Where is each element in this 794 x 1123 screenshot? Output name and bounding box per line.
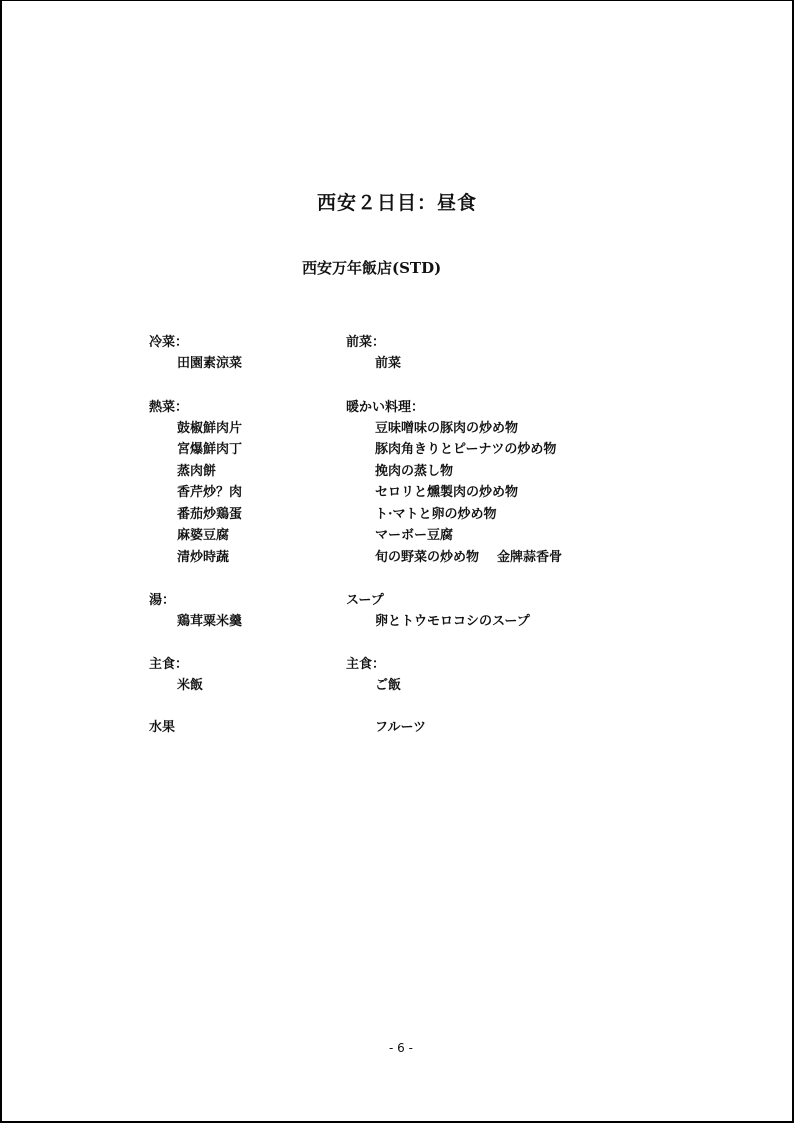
section-soup: スープ 卵とトウモロコシのスープ <box>346 590 562 633</box>
chinese-menu-column: 冷菜： 田園素涼菜 熱菜： 鼓椒鮮肉片 宮爆鮮肉丁 蒸肉餅 香芹炒？肉 番茄炒鶏… <box>149 332 242 738</box>
menu-item: 番茄炒鶏蛋 <box>149 504 242 526</box>
page-title-text: 西安２日目：昼食 <box>317 188 477 215</box>
section-heading: 冷菜： <box>149 332 242 353</box>
menu-item: セロリと燻製肉の炒め物 <box>346 482 562 504</box>
page-title: 西安２日目：昼食 <box>0 188 794 215</box>
restaurant-name: 西安万年飯店(STD) <box>302 257 441 278</box>
section-warm-dishes: 暖かい料理： 豆味噌味の豚肉の炒め物 豚肉角きりとピーナツの炒め物 挽肉の蒸し物… <box>346 397 562 569</box>
menu-item: 田園素涼菜 <box>149 353 242 375</box>
menu-item-extra: 金牌蒜香骨 <box>497 547 562 569</box>
menu-item: ト·マトと卵の炒め物 <box>346 504 562 526</box>
menu-item: 前菜 <box>346 353 562 375</box>
menu-item: 卵とトウモロコシのスープ <box>346 611 562 633</box>
section-fruit: フルーツ <box>346 717 562 738</box>
section-staple: 主食： 米飯 <box>149 654 242 697</box>
section-heading: フルーツ <box>346 717 562 738</box>
section-heading: 湯： <box>149 590 242 611</box>
page-number: - 6 - <box>0 1041 794 1055</box>
section-staple: 主食： ご飯 <box>346 654 562 697</box>
section-heading: 前菜： <box>346 332 562 353</box>
menu-item: 鶏茸粟米羹 <box>149 611 242 633</box>
section-heading: スープ <box>346 590 562 611</box>
menu-item: ご飯 <box>346 675 562 697</box>
menu-item: 香芹炒？肉 <box>149 482 242 504</box>
section-fruit: 水果 <box>149 717 242 738</box>
japanese-menu-column: 前菜： 前菜 暖かい料理： 豆味噌味の豚肉の炒め物 豚肉角きりとピーナツの炒め物… <box>346 332 562 738</box>
section-appetizer: 前菜： 前菜 <box>346 332 562 375</box>
section-cold-dishes: 冷菜： 田園素涼菜 <box>149 332 242 375</box>
section-soup: 湯： 鶏茸粟米羹 <box>149 590 242 633</box>
menu-item: マーボー豆腐 <box>346 525 562 547</box>
section-hot-dishes: 熱菜： 鼓椒鮮肉片 宮爆鮮肉丁 蒸肉餅 香芹炒？肉 番茄炒鶏蛋 麻婆豆腐 清炒時… <box>149 397 242 569</box>
menu-item: 挽肉の蒸し物 <box>346 461 562 483</box>
menu-item: 旬の野菜の炒め物金牌蒜香骨 <box>346 547 562 569</box>
section-heading: 暖かい料理： <box>346 397 562 418</box>
menu-item: 米飯 <box>149 675 242 697</box>
section-heading: 主食： <box>346 654 562 675</box>
menu-item: 清炒時蔬 <box>149 547 242 569</box>
menu-item: 麻婆豆腐 <box>149 525 242 547</box>
menu-item: 豚肉角きりとピーナツの炒め物 <box>346 439 562 461</box>
section-heading: 水果 <box>149 717 242 738</box>
menu-item: 蒸肉餅 <box>149 461 242 483</box>
section-heading: 主食： <box>149 654 242 675</box>
section-heading: 熱菜： <box>149 397 242 418</box>
menu-item: 豆味噌味の豚肉の炒め物 <box>346 418 562 440</box>
menu-item: 宮爆鮮肉丁 <box>149 439 242 461</box>
menu-item: 鼓椒鮮肉片 <box>149 418 242 440</box>
menu-item-text: 旬の野菜の炒め物 <box>375 550 479 565</box>
